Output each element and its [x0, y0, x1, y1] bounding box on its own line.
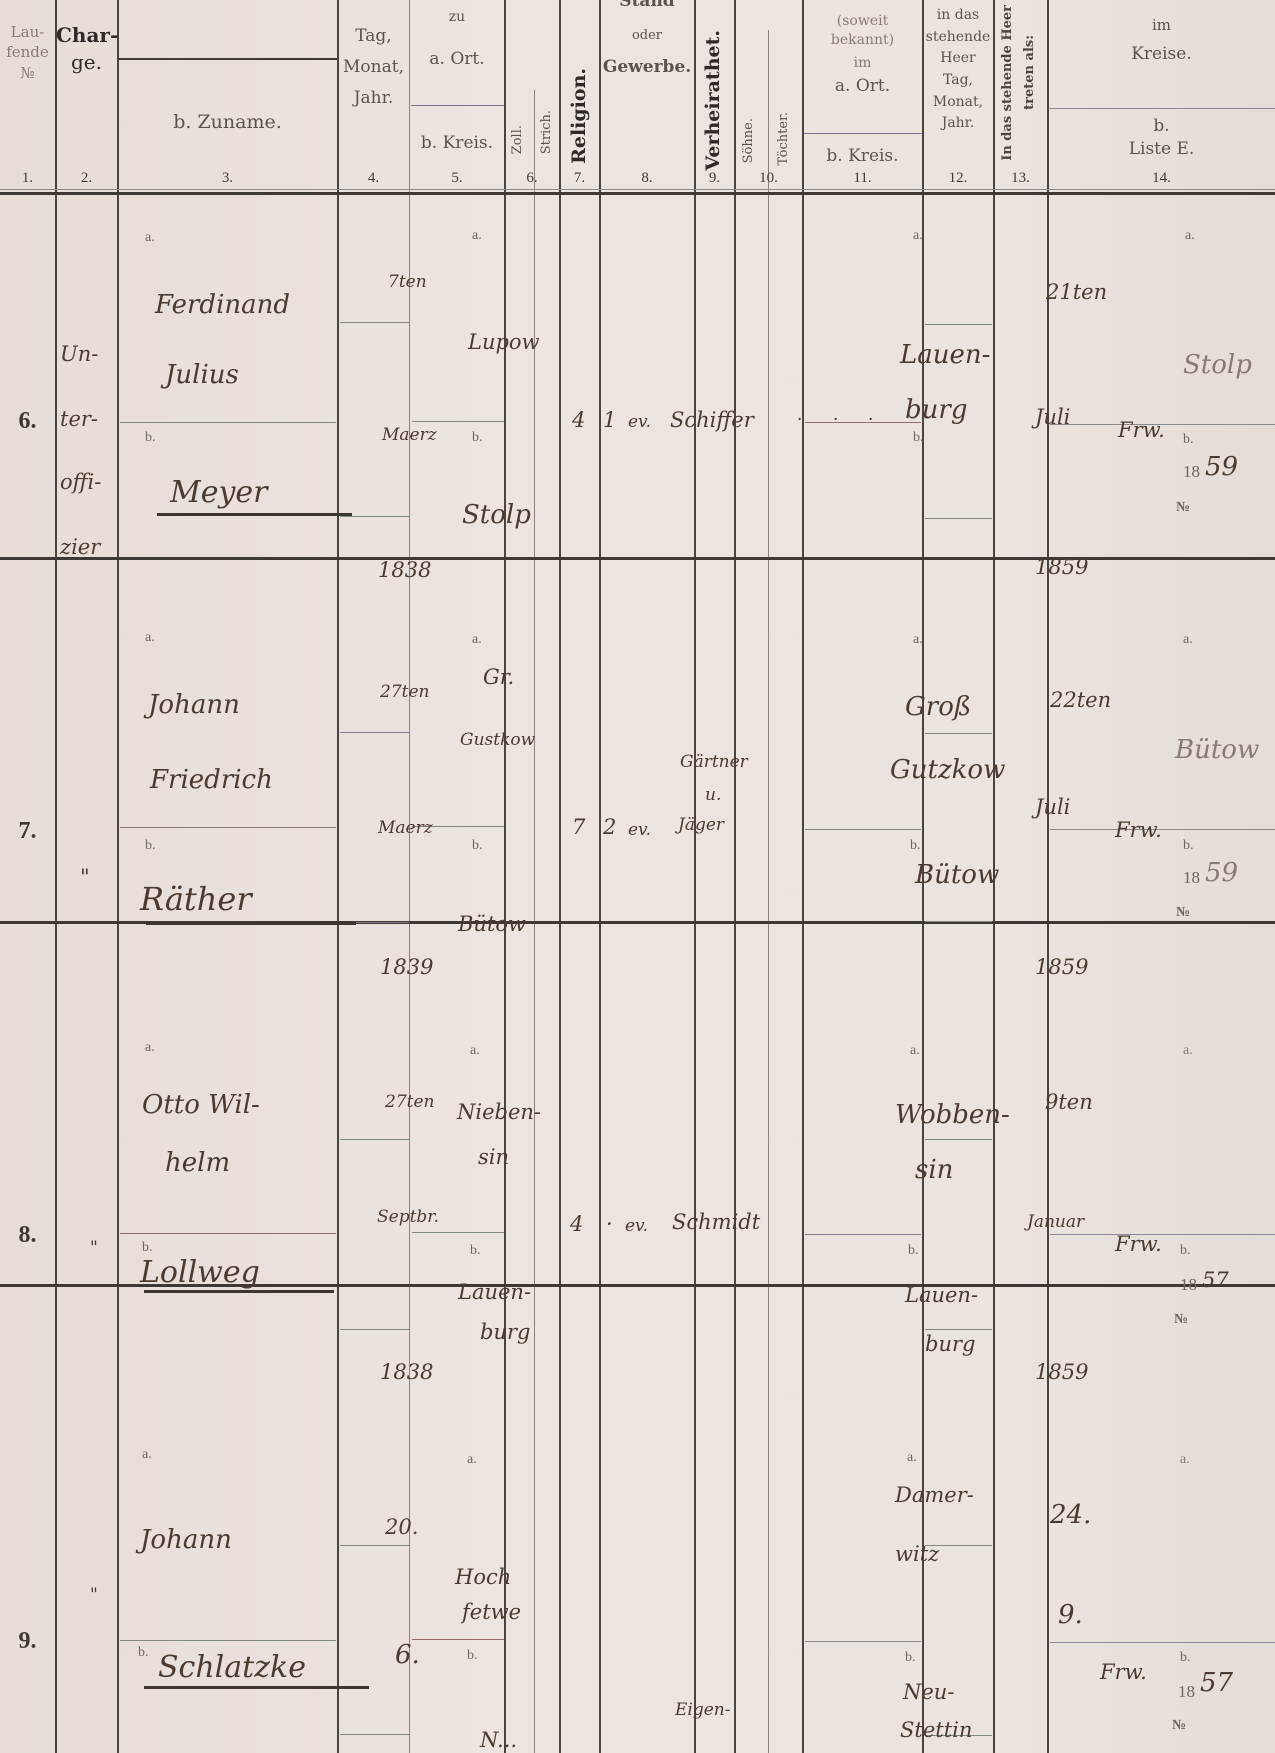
label-b: b.: [138, 1645, 149, 1661]
date-divider: [925, 921, 992, 922]
label-b: b.: [145, 838, 156, 854]
surname-underline: [144, 1290, 334, 1293]
entered-as: Frw.: [1115, 818, 1162, 842]
label-b: b.: [467, 1648, 478, 1664]
header-rule: [0, 189, 1275, 190]
charge-text: ": [90, 1238, 98, 1258]
header-text: Kreise.: [1048, 43, 1275, 66]
header-col11-a: a. Ort.: [803, 75, 922, 98]
occupation: Jäger: [678, 815, 724, 835]
liste-year: 57: [1202, 1268, 1229, 1292]
residence-place: witz: [895, 1542, 939, 1566]
row-number: 7.: [0, 818, 55, 845]
charge-text: Un-: [60, 342, 98, 366]
kreise-a: Bütow: [1175, 735, 1259, 765]
header-col2: Char- ge.: [56, 22, 117, 76]
column-number: 8.: [600, 170, 694, 187]
header-text: (soweit bekannt): [803, 12, 922, 50]
header-col13-line1: In das stehende Heer: [1000, 5, 1015, 161]
label-b: b.: [913, 430, 924, 446]
entered-as: Frw.: [1118, 418, 1165, 442]
label-a: a.: [913, 228, 923, 244]
label-a: a.: [470, 1043, 480, 1059]
label-b: b.: [908, 1243, 919, 1259]
label-a: a.: [1185, 228, 1195, 244]
religion: ev.: [625, 1216, 648, 1236]
date-divider: [340, 1734, 409, 1735]
liste-year-prefix: 18: [1178, 1682, 1195, 1702]
label-b: b.: [905, 1650, 916, 1666]
header-text: b. Kreis.: [421, 133, 493, 153]
birth-place: Hoch: [455, 1565, 511, 1589]
label-b: b.: [472, 430, 483, 446]
surname-underline: [157, 513, 352, 516]
label-b: b.: [472, 838, 483, 854]
label-b: b.: [1180, 1650, 1191, 1666]
residence-place: Gutzkow: [890, 755, 1005, 785]
label-a: a.: [145, 230, 155, 246]
header-text: Tag,: [923, 70, 993, 92]
date-divider: [925, 733, 992, 734]
header-rule: [118, 58, 337, 60]
date-divider: [925, 518, 992, 519]
birth-kreis: N...: [480, 1728, 517, 1752]
residence-kreis: burg: [925, 1332, 975, 1356]
label-a: a.: [907, 1450, 917, 1466]
header-col3: b. Zuname.: [118, 110, 337, 136]
occupation: u.: [705, 785, 721, 805]
label-a: a.: [145, 630, 155, 646]
liste-number-sign: №: [1172, 1718, 1186, 1734]
date-divider: [340, 1139, 409, 1140]
height-zoll: 4: [570, 1212, 583, 1236]
residence-kreis: Neu-: [903, 1680, 954, 1704]
charge-text: zier: [60, 535, 100, 559]
header-text: b.: [1048, 115, 1275, 138]
header-text: zu: [449, 9, 465, 25]
residence-place: Lauen-: [900, 340, 990, 370]
column-rule: [337, 0, 339, 1753]
birth-kreis: Lauen-: [458, 1280, 531, 1304]
label-a: a.: [472, 228, 482, 244]
entry-day: 22ten: [1050, 688, 1111, 712]
header-text: Religion.: [568, 68, 590, 164]
row-number: 8.: [0, 1222, 55, 1249]
column-number: 3.: [118, 170, 337, 187]
entry-month: Juli: [1035, 405, 1070, 429]
header-col5-top: zu: [410, 8, 504, 27]
ab-divider: [120, 1640, 336, 1641]
ab-divider: [120, 422, 336, 423]
column-number: 7.: [560, 170, 599, 187]
first-name: Johann: [148, 690, 240, 720]
header-text: Lau-: [0, 22, 55, 42]
label-a: a.: [910, 1043, 920, 1059]
date-divider: [340, 732, 409, 733]
header-text: fende: [0, 42, 55, 62]
header-text: Verheirathet.: [702, 30, 724, 171]
ab-divider: [1050, 1234, 1275, 1235]
header-rule: [411, 105, 504, 106]
surname: Lollweg: [140, 1255, 260, 1290]
header-text: Heer: [923, 48, 993, 70]
column-rule: [599, 0, 601, 1753]
label-a: a.: [472, 632, 482, 648]
header-text: Monat,: [338, 56, 409, 79]
label-b: b.: [142, 1240, 153, 1256]
header-col14-top: im Kreise.: [1048, 15, 1275, 66]
birth-day: 27ten: [380, 682, 429, 702]
first-name: Johann: [140, 1525, 232, 1555]
entry-year: 1859: [1035, 955, 1088, 979]
header-text: a. Ort.: [835, 76, 890, 96]
birth-year: 1838: [378, 558, 431, 582]
header-bottom-rule: [0, 192, 1275, 195]
header-text: b. Kreis.: [826, 146, 898, 166]
liste-year: 57: [1200, 1668, 1233, 1698]
sons: ·: [833, 410, 838, 430]
header-text: a. Ort.: [429, 49, 484, 69]
date-divider: [925, 324, 992, 325]
column-number: 10.: [735, 170, 802, 187]
header-text: Söhne.: [741, 118, 756, 163]
header-text: Char-: [56, 22, 117, 49]
residence-place: sin: [915, 1155, 953, 1185]
daughters: ·: [868, 410, 873, 430]
ab-divider: [805, 1234, 921, 1235]
charge-text: ": [90, 1585, 98, 1605]
header-text: im: [1048, 15, 1275, 35]
column-rule: [559, 0, 561, 1753]
header-text: №: [0, 63, 55, 83]
column-rule: [694, 0, 696, 1753]
header-col6-strich: Strich.: [539, 110, 554, 154]
date-divider: [925, 1329, 992, 1330]
residence-kreis: Bütow: [915, 860, 999, 890]
birth-day: 7ten: [388, 272, 427, 292]
birth-place: Gr.: [483, 665, 514, 689]
height-zoll: 4: [572, 408, 585, 432]
header-text: Jahr.: [923, 113, 993, 135]
scanned-register-page: Lau- fende № Char- ge. b. Zuname. Tag, M…: [0, 0, 1275, 1753]
birth-month: Maerz: [378, 818, 433, 838]
header-text: im: [803, 54, 922, 73]
liste-year: 59: [1205, 858, 1238, 888]
header-text: ge.: [56, 49, 117, 76]
liste-year: 59: [1205, 452, 1238, 482]
birth-month: Maerz: [382, 425, 437, 445]
birth-day: 27ten: [385, 1092, 434, 1112]
birth-year: 1838: [380, 1360, 433, 1384]
header-text: Stand: [600, 0, 694, 13]
header-col11-top: (soweit bekannt) im: [803, 12, 922, 73]
date-divider: [340, 322, 409, 323]
residence-place: Damer-: [895, 1483, 974, 1507]
column-number: 2.: [56, 170, 117, 187]
birth-kreis: Stolp: [462, 500, 531, 530]
residence-place: Groß: [905, 692, 971, 722]
label-a: a.: [1183, 632, 1193, 648]
header-text: Monat,: [923, 92, 993, 114]
surname: Meyer: [170, 475, 268, 510]
birth-kreis: burg: [480, 1320, 530, 1344]
liste-year-prefix: 18: [1183, 462, 1200, 482]
surname: Räther: [140, 880, 252, 918]
header-rule: [804, 133, 922, 134]
column-rule-thin: [768, 30, 769, 1753]
residence-place: Wobben-: [895, 1100, 1010, 1130]
label-a: a.: [913, 632, 923, 648]
entry-day: 9ten: [1045, 1090, 1093, 1114]
label-b: b.: [910, 838, 921, 854]
column-rule: [734, 0, 736, 1753]
entry-year: 1859: [1035, 1360, 1088, 1384]
label-b: b.: [470, 1243, 481, 1259]
header-rule: [1049, 108, 1275, 109]
height-strich: ·: [606, 1212, 613, 1236]
married: ·: [797, 410, 802, 430]
label-b: b.: [1180, 1243, 1191, 1259]
residence-kreis: Lauen-: [905, 1283, 978, 1307]
birth-year: 1839: [380, 955, 433, 979]
column-number: 9.: [695, 170, 734, 187]
entry-month: 9.: [1058, 1600, 1083, 1630]
header-text: Gewerbe.: [600, 56, 694, 79]
birth-month: Septbr.: [377, 1207, 439, 1227]
column-rule: [1047, 0, 1049, 1753]
column-number: 13.: [994, 170, 1047, 187]
header-col11-b: b. Kreis.: [803, 145, 922, 168]
religion: ev.: [628, 820, 651, 840]
first-name: Ferdinand: [155, 290, 290, 320]
header-col7: Religion.: [568, 68, 590, 164]
birth-day: 20.: [385, 1515, 418, 1539]
residence-kreis: Stettin: [900, 1718, 972, 1742]
header-text: in das: [923, 5, 993, 27]
ab-divider: [1050, 1642, 1275, 1643]
ab-divider: [805, 1641, 921, 1642]
header-col5-a: a. Ort.: [410, 48, 504, 71]
ab-divider: [805, 422, 921, 423]
occupation: Schiffer: [670, 408, 754, 432]
header-text: Töchter.: [776, 112, 791, 166]
liste-number-sign: №: [1174, 1312, 1188, 1328]
header-col10-sons: Söhne.: [741, 118, 756, 163]
column-number: 6.: [505, 170, 559, 187]
column-rule: [504, 0, 506, 1753]
entry-day: 21ten: [1046, 280, 1107, 304]
row-number: 9.: [0, 1628, 55, 1655]
header-text: stehende: [923, 27, 993, 49]
birth-place: fetwe: [462, 1600, 521, 1624]
header-text: Liste E.: [1048, 138, 1275, 161]
label-b: b.: [145, 430, 156, 446]
date-divider: [925, 1139, 992, 1140]
liste-number-sign: №: [1176, 500, 1190, 516]
first-name: Julius: [165, 360, 239, 390]
header-text: Jahr.: [338, 87, 409, 110]
date-divider: [340, 1545, 409, 1546]
header-text: b. Zuname.: [173, 111, 282, 133]
birth-month: 6.: [395, 1640, 420, 1670]
header-col5-b: b. Kreis.: [410, 132, 504, 155]
charge-text: offi-: [60, 470, 101, 494]
column-number: 4.: [338, 170, 409, 187]
kreise-a: Stolp: [1183, 350, 1252, 380]
surname: Schlatzke: [158, 1650, 306, 1685]
date-divider: [340, 1329, 409, 1330]
entry-month: Juli: [1035, 795, 1070, 819]
label-a: a.: [145, 1040, 155, 1056]
entry-year: 1859: [1035, 555, 1088, 579]
height-zoll: 7: [572, 815, 585, 839]
ab-divider: [120, 827, 336, 828]
residence-place: burg: [905, 395, 967, 425]
header-text: In das stehende Heer: [1000, 5, 1015, 161]
entered-as: Frw.: [1115, 1232, 1162, 1256]
header-text: Strich.: [539, 110, 554, 154]
occupation: Gärtner: [680, 752, 748, 772]
charge-text: ": [80, 865, 90, 889]
label-b: b.: [1183, 838, 1194, 854]
header-text: Zoll.: [510, 125, 525, 154]
header-col12: in das stehende Heer Tag, Monat, Jahr.: [923, 5, 993, 135]
entry-day: 24.: [1050, 1500, 1091, 1530]
ab-divider: [412, 421, 504, 422]
first-name: Otto Wil-: [142, 1090, 260, 1120]
birth-place: Gustkow: [460, 730, 535, 750]
header-col13-line2: treten als:: [1022, 35, 1037, 110]
column-number: 5.: [410, 170, 504, 187]
ab-divider: [412, 1639, 504, 1640]
date-divider: [340, 516, 409, 517]
surname-underline: [144, 1686, 369, 1689]
ab-divider: [805, 829, 921, 830]
entered-as: Frw.: [1100, 1660, 1147, 1684]
liste-number-sign: №: [1176, 905, 1190, 921]
ab-divider: [412, 1232, 504, 1233]
row-number: 6.: [0, 408, 55, 435]
birth-place: Nieben-: [457, 1100, 541, 1124]
header-text: Tag,: [338, 25, 409, 48]
header-col9: Verheirathet.: [702, 30, 724, 171]
column-number: 1.: [0, 170, 55, 187]
header-col8: Stand oder Gewerbe.: [600, 0, 694, 79]
surname-underline: [146, 922, 356, 925]
first-name: Friedrich: [150, 765, 273, 795]
header-col10-daughters: Töchter.: [776, 112, 791, 166]
ab-divider: [1050, 829, 1275, 830]
column-number: 12.: [923, 170, 993, 187]
religion: ev.: [628, 412, 651, 432]
header-col4: Tag, Monat, Jahr.: [338, 25, 409, 110]
column-rule: [55, 0, 57, 1753]
height-strich: 1: [603, 408, 616, 432]
column-rule: [117, 0, 119, 1753]
column-rule-thin: [409, 0, 410, 1753]
liste-year-prefix: 18: [1180, 1275, 1197, 1295]
header-text: treten als:: [1022, 35, 1037, 110]
first-name: helm: [165, 1148, 230, 1178]
ab-divider: [120, 1233, 336, 1234]
birth-kreis: Bütow: [458, 912, 526, 936]
header-col1: Lau- fende №: [0, 22, 55, 83]
header-text: oder: [600, 27, 694, 45]
header-col14-b: b. Liste E.: [1048, 115, 1275, 161]
height-strich: 2: [603, 815, 616, 839]
label-b: b.: [1183, 432, 1194, 448]
birth-place: sin: [478, 1145, 509, 1169]
column-number: 14.: [1048, 170, 1275, 187]
column-rule: [802, 0, 804, 1753]
charge-text: ter-: [60, 407, 98, 431]
liste-year-prefix: 18: [1183, 868, 1200, 888]
header-col6-zoll: Zoll.: [510, 125, 525, 154]
label-a: a.: [1180, 1452, 1190, 1468]
occupation: Eigen-: [675, 1700, 730, 1720]
column-number: 11.: [803, 170, 922, 187]
entry-month: Januar: [1027, 1212, 1084, 1232]
label-a: a.: [1183, 1043, 1193, 1059]
label-a: a.: [467, 1452, 477, 1468]
label-a: a.: [142, 1447, 152, 1463]
birth-place: Lupow: [468, 330, 540, 354]
occupation: Schmidt: [672, 1210, 760, 1234]
